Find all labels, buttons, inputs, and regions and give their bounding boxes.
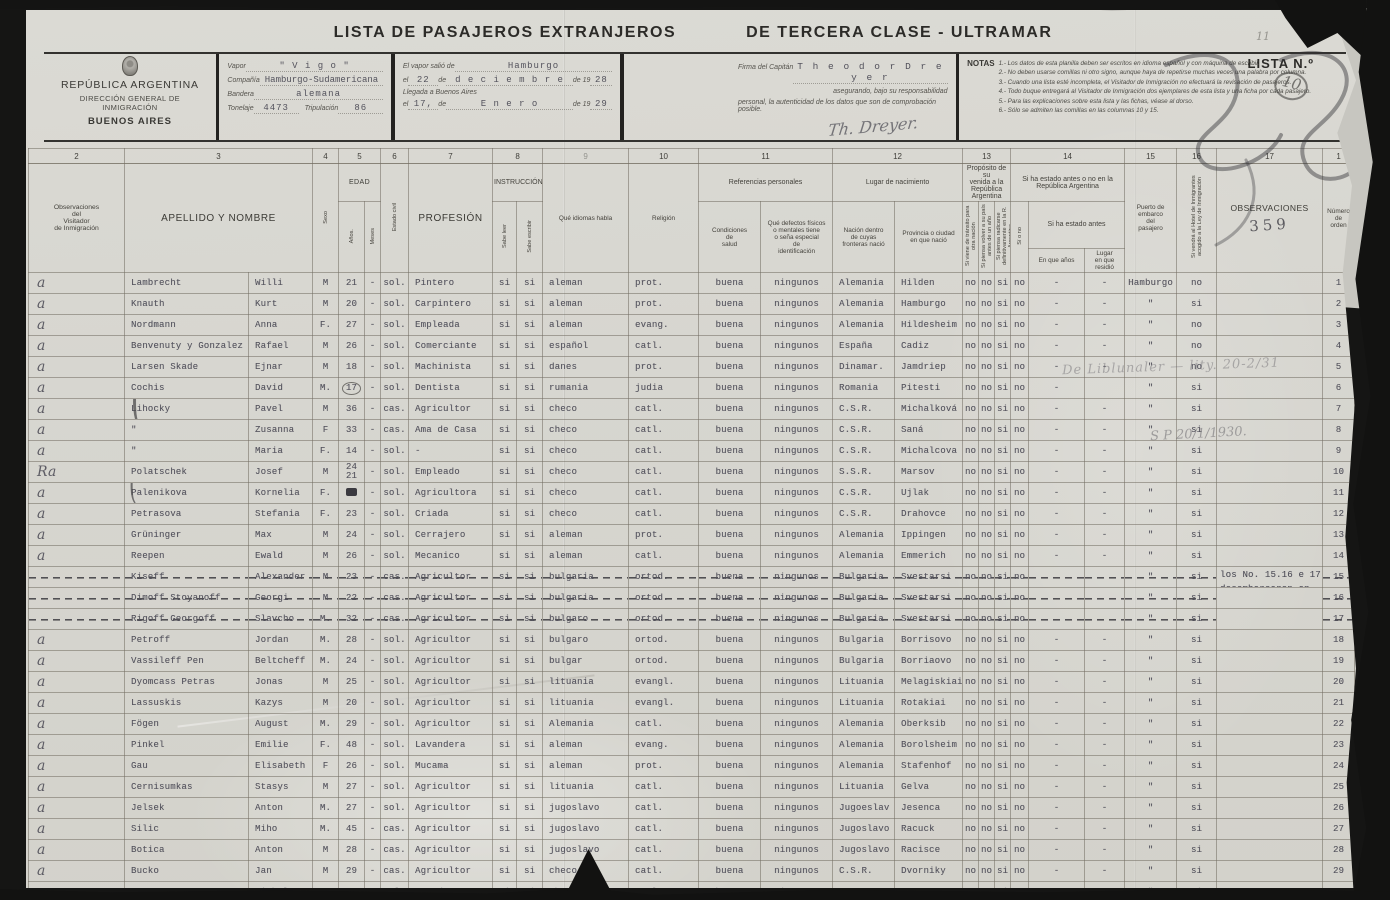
years-before-cell: - xyxy=(1029,735,1085,756)
observations-cell xyxy=(1217,756,1323,777)
obs-mark-cell: a xyxy=(29,525,125,546)
transit-cell: no xyxy=(963,651,979,672)
civil-status-cell: cas. xyxy=(381,819,409,840)
order-cell: 15 xyxy=(1323,567,1355,588)
de19-label: de 19 xyxy=(573,77,591,84)
residence-cell: - xyxy=(1085,357,1125,378)
civil-status-cell: sol. xyxy=(381,483,409,504)
language-cell: checo xyxy=(543,399,629,420)
obs-mark-cell: a xyxy=(29,420,125,441)
port-cell: " xyxy=(1125,714,1177,735)
language-cell: bulgaria xyxy=(543,588,629,609)
settle-cell: si xyxy=(995,609,1011,630)
table-row: aCochisDavidM.17-sol.Dentistasisirumania… xyxy=(29,378,1355,399)
age-years-cell: 24 21 xyxy=(339,462,365,483)
profession-cell: Agricultor xyxy=(409,609,493,630)
givenname-cell: Elisabeth xyxy=(249,756,313,777)
writes-cell: si xyxy=(517,588,543,609)
page-title-left: LISTA DE PASAJEROS EXTRANJEROS xyxy=(334,24,677,42)
sex-cell: F xyxy=(313,420,339,441)
table-row: aGauElisabethF26-sol.Mucamasisialemanpro… xyxy=(29,756,1355,777)
defects-cell: ningunos xyxy=(761,567,833,588)
profession-cell: Lavandera xyxy=(409,735,493,756)
been-before-cell: no xyxy=(1011,735,1029,756)
birth-city-cell: Pitesti xyxy=(895,378,963,399)
order-cell: 12 xyxy=(1323,504,1355,525)
header-sabe-escribir: Sabe escribir xyxy=(527,220,533,253)
religion-cell: ortod. xyxy=(629,588,699,609)
obs-mark-cell: a xyxy=(29,630,125,651)
settle-cell: si xyxy=(995,441,1011,462)
profession-cell: Agricultor xyxy=(409,693,493,714)
writes-cell: si xyxy=(517,651,543,672)
reads-cell: si xyxy=(493,504,517,525)
residence-cell: - xyxy=(1085,483,1125,504)
surname-cell: Vassileff Pen xyxy=(125,651,249,672)
reads-cell: si xyxy=(493,567,517,588)
residence-cell: - xyxy=(1085,546,1125,567)
table-row: aNordmannAnnaF.27-sol.Empleadasisialeman… xyxy=(29,315,1355,336)
port-cell: " xyxy=(1125,483,1177,504)
port-cell: " xyxy=(1125,441,1177,462)
compania-value: Hamburgo-Sudamericana xyxy=(260,75,384,86)
age-months-cell: - xyxy=(365,609,381,630)
health-cell: buena xyxy=(699,336,761,357)
language-cell: Alemania xyxy=(543,714,629,735)
reads-cell: si xyxy=(493,861,517,882)
surname-cell: Reepen xyxy=(125,546,249,567)
residence-cell: - xyxy=(1085,819,1125,840)
writes-cell: si xyxy=(517,378,543,399)
reads-cell: si xyxy=(493,840,517,861)
age-years-cell: 21 xyxy=(339,273,365,294)
writes-cell: si xyxy=(517,630,543,651)
givenname-cell: Stefania xyxy=(249,504,313,525)
civil-status-cell: sol. xyxy=(381,672,409,693)
anio-salida: 28 xyxy=(590,75,612,86)
residence-cell: - xyxy=(1085,525,1125,546)
obs-mark-cell: a xyxy=(29,693,125,714)
port-cell: " xyxy=(1125,315,1177,336)
observations-cell xyxy=(1217,735,1323,756)
transit-cell: no xyxy=(963,777,979,798)
givenname-cell: Jan xyxy=(249,861,313,882)
civil-status-cell: sol. xyxy=(381,777,409,798)
header-defectos: Qué defectos físicos o mentales tiene o … xyxy=(761,202,833,273)
tripulacion-label: Tripulación xyxy=(305,105,339,112)
observations-cell xyxy=(1217,714,1323,735)
civil-status-cell: cas. xyxy=(381,588,409,609)
reads-cell: si xyxy=(493,735,517,756)
transit-cell: no xyxy=(963,336,979,357)
profession-cell: Dentista xyxy=(409,378,493,399)
civil-status-cell: cas. xyxy=(381,420,409,441)
birth-nation-cell: Lituania xyxy=(833,693,895,714)
settle-cell: si xyxy=(995,840,1011,861)
writes-cell: si xyxy=(517,483,543,504)
col-num: 16 xyxy=(1177,149,1217,164)
profession-cell: Comerciante xyxy=(409,336,493,357)
hotel-cell: si xyxy=(1177,777,1217,798)
been-before-cell: no xyxy=(1011,525,1029,546)
settle-cell: si xyxy=(995,693,1011,714)
age-years-cell: 27 xyxy=(339,315,365,336)
birth-city-cell: Rotakiai xyxy=(895,693,963,714)
table-row: aCernisumkasStasysM27-sol.Agricultorsisi… xyxy=(29,777,1355,798)
defects-cell: ningunos xyxy=(761,483,833,504)
settle-cell: si xyxy=(995,777,1011,798)
org-city: BUENOS AIRES xyxy=(52,116,208,127)
page-title-right: DE TERCERA CLASE - ULTRAMAR xyxy=(746,24,1052,42)
writes-cell: si xyxy=(517,315,543,336)
hotel-cell: no xyxy=(1177,336,1217,357)
surname-cell: Botica xyxy=(125,840,249,861)
givenname-cell: Max xyxy=(249,525,313,546)
mes-salida: d e c i e m b r e xyxy=(446,75,573,86)
reads-cell: si xyxy=(493,315,517,336)
observations-cell xyxy=(1217,651,1323,672)
sex-cell: M xyxy=(313,462,339,483)
salio-value: Hamburgo xyxy=(455,61,613,72)
port-cell: Hamburgo xyxy=(1125,273,1177,294)
return-cell: no xyxy=(979,294,995,315)
profession-cell: Agricultor xyxy=(409,840,493,861)
order-cell: 29 xyxy=(1323,861,1355,882)
been-before-cell: no xyxy=(1011,609,1029,630)
obs-mark-cell: a xyxy=(29,294,125,315)
table-row: aBoticaAntonM28-cas.Agricultorsisijugosl… xyxy=(29,840,1355,861)
defects-cell: ningunos xyxy=(761,672,833,693)
captain-line3: personal, la autenticidad de los datos q… xyxy=(738,99,948,113)
column-number-row: 2 3 4 5 6 7 8 9 10 11 12 13 14 15 16 17 … xyxy=(29,149,1355,164)
sex-cell: M. xyxy=(313,798,339,819)
hotel-cell: si xyxy=(1177,609,1217,630)
health-cell: buena xyxy=(699,819,761,840)
obs-mark-cell: a xyxy=(29,798,125,819)
sex-cell: M xyxy=(313,273,339,294)
age-years-cell: 33 xyxy=(339,420,365,441)
order-cell: 19 xyxy=(1323,651,1355,672)
obs-mark-cell: Ra xyxy=(29,462,125,483)
birth-nation-cell: Alemania xyxy=(833,525,895,546)
captain-name: T h e o d o r D r e y e r xyxy=(793,61,947,84)
age-months-cell: - xyxy=(365,483,381,504)
years-before-cell: - xyxy=(1029,630,1085,651)
reads-cell: si xyxy=(493,693,517,714)
reads-cell: si xyxy=(493,378,517,399)
defects-cell: ningunos xyxy=(761,357,833,378)
transit-cell: no xyxy=(963,567,979,588)
passenger-table: 2 3 4 5 6 7 8 9 10 11 12 13 14 15 16 17 … xyxy=(28,148,1355,900)
civil-status-cell: cas. xyxy=(381,399,409,420)
transit-cell: no xyxy=(963,462,979,483)
defects-cell: ningunos xyxy=(761,336,833,357)
age-months-cell: - xyxy=(365,462,381,483)
birth-city-cell: Racisce xyxy=(895,840,963,861)
civil-status-cell: sol. xyxy=(381,357,409,378)
religion-cell: catl. xyxy=(629,546,699,567)
age-years-cell: 25 xyxy=(339,672,365,693)
writes-cell: si xyxy=(517,294,543,315)
years-before-cell: - xyxy=(1029,273,1085,294)
health-cell: buena xyxy=(699,420,761,441)
years-before-cell: - xyxy=(1029,420,1085,441)
table-row: aPetrasovaStefaniaF.23-sol.Criadasisiche… xyxy=(29,504,1355,525)
language-cell: bulgaro xyxy=(543,609,629,630)
writes-cell: si xyxy=(517,357,543,378)
settle-cell: si xyxy=(995,588,1011,609)
order-cell: 21 xyxy=(1323,693,1355,714)
writes-cell: si xyxy=(517,714,543,735)
order-cell: 28 xyxy=(1323,840,1355,861)
writes-cell: si xyxy=(517,546,543,567)
residence-cell xyxy=(1085,609,1125,630)
obs-mark-cell: a xyxy=(29,546,125,567)
sex-cell: M. xyxy=(313,378,339,399)
health-cell: buena xyxy=(699,525,761,546)
residence-cell: - xyxy=(1085,315,1125,336)
col-num: 5 xyxy=(339,149,381,164)
return-cell: no xyxy=(979,735,995,756)
observations-cell xyxy=(1217,777,1323,798)
age-years-cell xyxy=(339,483,365,504)
birth-city-cell: Michalcova xyxy=(895,441,963,462)
reads-cell: si xyxy=(493,546,517,567)
age-years-cell: 24 xyxy=(339,525,365,546)
transit-cell: no xyxy=(963,735,979,756)
age-months-cell: - xyxy=(365,546,381,567)
header-en-que-anos: En que años xyxy=(1029,248,1085,272)
defects-cell: ningunos xyxy=(761,630,833,651)
age-months-cell: - xyxy=(365,861,381,882)
writes-cell: si xyxy=(517,420,543,441)
ink-smudge xyxy=(346,488,357,496)
obs-mark-cell: a xyxy=(29,777,125,798)
voyage-box: El vapor salió deHamburgo el22 ded e c i… xyxy=(395,54,621,140)
defects-cell: ningunos xyxy=(761,756,833,777)
language-cell: checo xyxy=(543,441,629,462)
sex-cell: M xyxy=(313,336,339,357)
health-cell: buena xyxy=(699,504,761,525)
givenname-cell: Josef xyxy=(249,462,313,483)
obs-mark-cell xyxy=(29,609,125,630)
col-num: 15 xyxy=(1125,149,1177,164)
birth-nation-cell: C.S.R. xyxy=(833,483,895,504)
age-months-cell: - xyxy=(365,420,381,441)
language-cell: checo xyxy=(543,420,629,441)
reads-cell: si xyxy=(493,420,517,441)
health-cell: buena xyxy=(699,672,761,693)
de-label: de xyxy=(438,77,446,84)
profession-cell: Agricultor xyxy=(409,777,493,798)
birth-nation-cell: C.S.R. xyxy=(833,504,895,525)
birth-nation-cell: España xyxy=(833,336,895,357)
hotel-cell: si xyxy=(1177,840,1217,861)
sex-cell: M. xyxy=(313,609,339,630)
defects-cell: ningunos xyxy=(761,273,833,294)
hotel-cell: si xyxy=(1177,483,1217,504)
been-before-cell: no xyxy=(1011,777,1029,798)
been-before-cell: no xyxy=(1011,336,1029,357)
surname-cell: Benvenuty y Gonzalez xyxy=(125,336,249,357)
port-cell: " xyxy=(1125,798,1177,819)
hotel-cell: si xyxy=(1177,672,1217,693)
table-row: a(LihockyPavelM36-cas.Agricultorsisichec… xyxy=(29,399,1355,420)
return-cell: no xyxy=(979,588,995,609)
transit-cell: no xyxy=(963,504,979,525)
religion-cell: prot. xyxy=(629,273,699,294)
surname-cell: Silic xyxy=(125,819,249,840)
observations-cell xyxy=(1217,378,1323,399)
sex-cell: M. xyxy=(313,819,339,840)
birth-city-cell: Jamdriep xyxy=(895,357,963,378)
years-before-cell: - xyxy=(1029,546,1085,567)
language-cell: jugoslavo xyxy=(543,819,629,840)
observations-cell xyxy=(1217,399,1323,420)
writes-cell: si xyxy=(517,672,543,693)
surname-cell: " xyxy=(125,441,249,462)
transit-cell: no xyxy=(963,861,979,882)
header-religion: Religión xyxy=(629,164,699,273)
language-cell: bulgar xyxy=(543,651,629,672)
religion-cell: prot. xyxy=(629,756,699,777)
obs-mark-cell: a xyxy=(29,714,125,735)
years-before-cell: - xyxy=(1029,483,1085,504)
religion-cell: ortod. xyxy=(629,630,699,651)
sex-cell: F. xyxy=(313,441,339,462)
civil-status-cell: sol. xyxy=(381,735,409,756)
col-num: 10 xyxy=(629,149,699,164)
years-before-cell: - xyxy=(1029,294,1085,315)
surname-cell: Fögen xyxy=(125,714,249,735)
birth-nation-cell: C.S.R. xyxy=(833,861,895,882)
civil-status-cell: cas. xyxy=(381,567,409,588)
language-cell: checo xyxy=(543,483,629,504)
religion-cell: catl. xyxy=(629,777,699,798)
obs-mark-cell: a xyxy=(29,735,125,756)
sex-cell: F xyxy=(313,756,339,777)
table-row: aVassileff PenBeltcheffM.24-sol.Agricult… xyxy=(29,651,1355,672)
birth-nation-cell: Jugoeslav xyxy=(833,798,895,819)
defects-cell: ningunos xyxy=(761,714,833,735)
settle-cell: si xyxy=(995,819,1011,840)
givenname-cell: Georgi xyxy=(249,588,313,609)
settle-cell: si xyxy=(995,756,1011,777)
transit-cell: no xyxy=(963,378,979,399)
years-before-cell: - xyxy=(1029,798,1085,819)
order-cell: 3 xyxy=(1323,315,1355,336)
profession-cell: Agricultor xyxy=(409,567,493,588)
age-years-cell: 32 xyxy=(339,609,365,630)
religion-cell: ortod. xyxy=(629,609,699,630)
transit-cell: no xyxy=(963,714,979,735)
health-cell: buena xyxy=(699,777,761,798)
nota-item: 1.- Los datos de esta planilla deben ser… xyxy=(999,59,1312,68)
port-cell: " xyxy=(1125,336,1177,357)
obs-mark-cell: a xyxy=(29,399,125,420)
salio-label: El vapor salió de xyxy=(403,63,455,70)
age-years-cell: 29 xyxy=(339,861,365,882)
hotel-cell: si xyxy=(1177,651,1217,672)
order-cell: 24 xyxy=(1323,756,1355,777)
residence-cell xyxy=(1085,588,1125,609)
givenname-cell: Anton xyxy=(249,840,313,861)
settle-cell: si xyxy=(995,273,1011,294)
settle-cell: si xyxy=(995,378,1011,399)
table-header: 2 3 4 5 6 7 8 9 10 11 12 13 14 15 16 17 … xyxy=(29,149,1355,273)
profession-cell: Mecanico xyxy=(409,546,493,567)
age-months-cell: - xyxy=(365,357,381,378)
reads-cell: si xyxy=(493,483,517,504)
hotel-cell: si xyxy=(1177,525,1217,546)
header-edad: EDAD xyxy=(339,164,381,202)
surname-cell: Rigoff Georgoff xyxy=(125,609,249,630)
been-before-cell: no xyxy=(1011,651,1029,672)
return-cell: no xyxy=(979,567,995,588)
hotel-cell: si xyxy=(1177,756,1217,777)
return-cell: no xyxy=(979,714,995,735)
observations-cell xyxy=(1217,546,1323,567)
civil-status-cell: sol. xyxy=(381,714,409,735)
obs-mark-cell: a xyxy=(29,672,125,693)
writes-cell: si xyxy=(517,861,543,882)
captain-line2: asegurando, bajo su responsabilidad xyxy=(738,88,948,95)
obs-mark-cell: a xyxy=(29,651,125,672)
settle-cell: si xyxy=(995,798,1011,819)
been-before-cell: no xyxy=(1011,756,1029,777)
hotel-cell: si xyxy=(1177,693,1217,714)
observations-cell xyxy=(1217,588,1323,609)
residence-cell: - xyxy=(1085,462,1125,483)
health-cell: buena xyxy=(699,735,761,756)
health-cell: buena xyxy=(699,483,761,504)
observations-cell xyxy=(1217,525,1323,546)
table-row: a(PalenikovaKorneliaF.-sol.Agricultorasi… xyxy=(29,483,1355,504)
header-puerto-embarco: Puerto de embarco del pasajero xyxy=(1125,164,1177,273)
years-before-cell: - xyxy=(1029,861,1085,882)
age-years-cell: 27 xyxy=(339,798,365,819)
sex-cell: M xyxy=(313,546,339,567)
health-cell: buena xyxy=(699,840,761,861)
age-months-cell: - xyxy=(365,588,381,609)
header-sexo: Sexo xyxy=(323,211,329,224)
notas-list: 1.- Los datos de esta planilla deben ser… xyxy=(999,59,1312,115)
years-before-cell: - xyxy=(1029,693,1085,714)
reads-cell: si xyxy=(493,525,517,546)
civil-status-cell: sol. xyxy=(381,756,409,777)
civil-status-cell: sol. xyxy=(381,525,409,546)
age-months-cell: - xyxy=(365,714,381,735)
return-cell: no xyxy=(979,336,995,357)
port-cell: " xyxy=(1125,756,1177,777)
sex-cell: M xyxy=(313,567,339,588)
years-before-cell: - xyxy=(1029,714,1085,735)
sex-cell: M xyxy=(313,777,339,798)
profession-cell: Cerrajero xyxy=(409,525,493,546)
hotel-cell: si xyxy=(1177,588,1217,609)
obs-mark-cell: a xyxy=(29,315,125,336)
been-before-cell: no xyxy=(1011,315,1029,336)
port-cell: " xyxy=(1125,525,1177,546)
order-cell: 23 xyxy=(1323,735,1355,756)
observations-cell xyxy=(1217,840,1323,861)
table-row: aLarsen SkadeEjnarM18-sol.Machinistasisi… xyxy=(29,357,1355,378)
age-years-cell: 22 xyxy=(339,588,365,609)
transit-cell: no xyxy=(963,294,979,315)
givenname-cell: Alexander xyxy=(249,567,313,588)
civil-status-cell: sol. xyxy=(381,315,409,336)
observations-cell xyxy=(1217,357,1323,378)
